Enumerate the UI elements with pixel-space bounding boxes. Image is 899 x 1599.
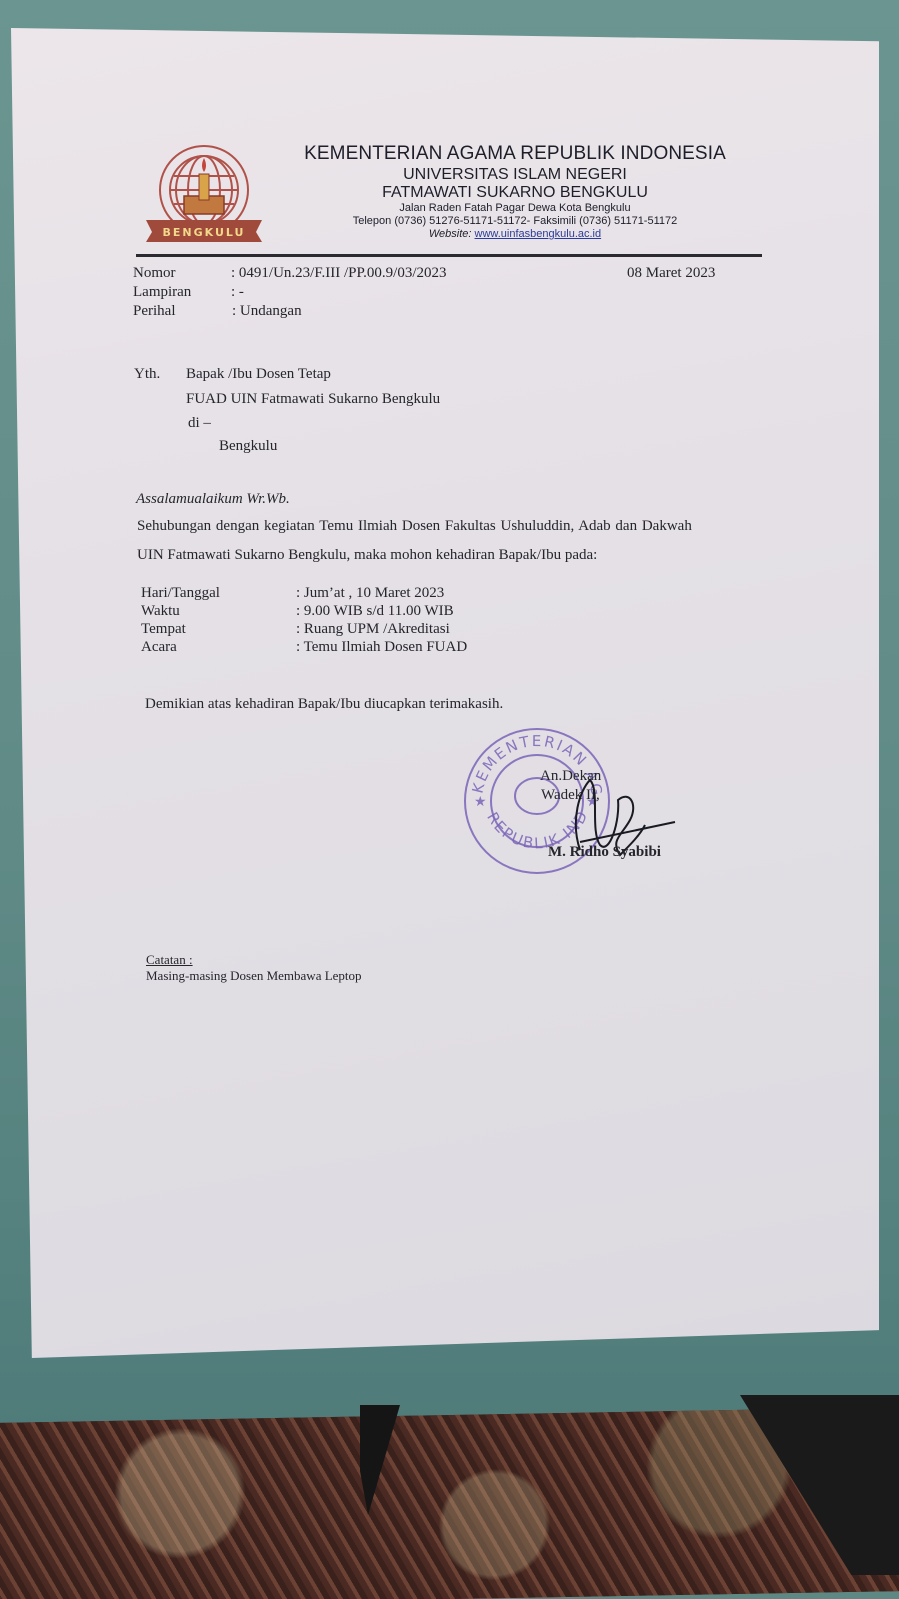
letter-content: BENGKULU KEMENTERIAN AGAMA REPUBLIK INDO… [0, 0, 899, 1599]
university-name-line2: FATMAWATI SUKARNO BENGKULU [280, 184, 750, 202]
closing-sentence: Demikian atas kehadiran Bapak/Ibu diucap… [145, 695, 503, 713]
svg-text:BENGKULU: BENGKULU [163, 226, 246, 239]
perihal-value: : Undangan [232, 302, 302, 320]
ministry-name: KEMENTERIAN AGAMA REPUBLIK INDONESIA [280, 142, 750, 166]
detail-label: Hari/Tanggal [141, 584, 220, 602]
phone: Telepon (0736) 51276-51171-51172- Faksim… [280, 215, 750, 228]
detail-label: Waktu [141, 602, 180, 620]
perihal-label: Perihal [133, 302, 176, 320]
detail-value: : Jum’at , 10 Maret 2023 [296, 584, 444, 602]
lampiran-value: : - [231, 283, 244, 301]
university-name-line1: UNIVERSITAS ISLAM NEGERI [280, 166, 750, 184]
recipient-line1: Bapak /Ibu Dosen Tetap [186, 365, 331, 383]
letter-date: 08 Maret 2023 [627, 264, 715, 282]
recipient-line2: FUAD UIN Fatmawati Sukarno Bengkulu [186, 390, 440, 408]
letterhead: KEMENTERIAN AGAMA REPUBLIK INDONESIA UNI… [280, 142, 750, 241]
website-line: Website: www.uinfasbengkulu.ac.id [280, 228, 750, 241]
university-logo-icon: BENGKULU [138, 138, 270, 246]
recipient-line3: di – [188, 414, 211, 432]
body-paragraph-line1: Sehubungan dengan kegiatan Temu Ilmiah D… [137, 517, 692, 535]
nomor-value: : 0491/Un.23/F.III /PP.00.9/03/2023 [231, 264, 447, 282]
lampiran-label: Lampiran [133, 283, 191, 301]
svg-text:★: ★ [474, 795, 487, 810]
detail-value: : 9.00 WIB s/d 11.00 WIB [296, 602, 454, 620]
nomor-label: Nomor [133, 264, 176, 282]
website-label: Website: [429, 228, 472, 240]
detail-label: Acara [141, 638, 177, 656]
recipient-prefix: Yth. [134, 365, 160, 383]
body-paragraph-line2: UIN Fatmawati Sukarno Bengkulu, maka moh… [137, 546, 597, 564]
address: Jalan Raden Fatah Pagar Dewa Kota Bengku… [280, 202, 750, 215]
website-link[interactable]: www.uinfasbengkulu.ac.id [475, 228, 602, 240]
detail-value: : Temu Ilmiah Dosen FUAD [296, 638, 467, 656]
detail-value: : Ruang UPM /Akreditasi [296, 620, 450, 638]
detail-label: Tempat [141, 620, 186, 638]
note-text: Masing-masing Dosen Membawa Leptop [146, 967, 362, 985]
greeting: Assalamualaikum Wr.Wb. [136, 490, 290, 508]
header-divider [136, 254, 762, 257]
recipient-city: Bengkulu [219, 437, 277, 455]
signatory-name: M. Ridho Syabibi [548, 843, 661, 861]
